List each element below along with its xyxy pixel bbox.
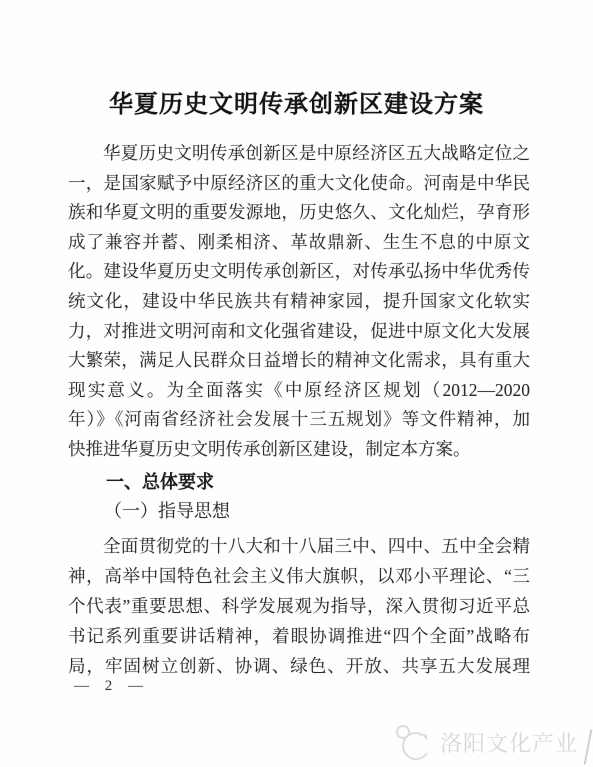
text-line: 统文化，建设中华民族共有精神家园，提升国家文化软实 xyxy=(68,287,530,317)
text-line: 快推进华夏历史文明传承创新区建设，制定本方案。 xyxy=(68,435,530,465)
text-line: 年）》《河南省经济社会发展十三五规划》等文件精神，加 xyxy=(68,405,530,435)
document-title: 华夏历史文明传承创新区建设方案 xyxy=(0,84,593,119)
section-heading: 一、总体要求 xyxy=(68,468,530,498)
text-line: 神，高举中国特色社会主义伟大旗帜，以邓小平理论、“三 xyxy=(68,561,530,591)
text-line: 全面贯彻党的十八大和十八届三中、四中、五中全会精 xyxy=(68,531,530,561)
text-line: 化。建设华夏历史文明传承创新区，对传承弘扬中华优秀传 xyxy=(68,257,530,287)
text-line: 成了兼容并蓄、刚柔相济、革故鼎新、生生不息的中原文 xyxy=(68,228,530,258)
text-line: 现实意义。为全面落实《中原经济区规划（2012—2020 xyxy=(68,376,530,406)
text-line: 力，对推进文明河南和文化强省建设，促进中原文化大发展 xyxy=(68,317,530,347)
paragraph-guiding-ideology: 全面贯彻党的十八大和十八届三中、四中、五中全会精 神，高举中国特色社会主义伟大旗… xyxy=(68,531,530,681)
document-page: 华夏历史文明传承创新区建设方案 华夏历史文明传承创新区是中原经济区五大战略定位之… xyxy=(0,0,593,767)
paragraph-intro: 华夏历史文明传承创新区是中原经济区五大战略定位之 一，是国家赋予中原经济区的重大… xyxy=(68,139,530,465)
luoyang-logo-icon xyxy=(389,722,435,762)
text-line: 族和华夏文明的重要发源地，历史悠久、文化灿烂，孕育形 xyxy=(68,198,530,228)
text-column: 华夏历史文明传承创新区是中原经济区五大战略定位之 一，是国家赋予中原经济区的重大… xyxy=(68,139,530,681)
text-line: 局，牢固树立创新、协调、绿色、开放、共享五大发展理 xyxy=(68,651,530,681)
watermark-text: 洛阳文化产业 xyxy=(440,727,578,758)
watermark: 洛阳文化产业 xyxy=(389,722,578,762)
subsection-heading: （一）指导思想 xyxy=(68,497,530,527)
text-line: 华夏历史文明传承创新区是中原经济区五大战略定位之 xyxy=(68,139,530,169)
text-line: 书记系列重要讲话精神，着眼协调推进“四个全面”战略布 xyxy=(68,621,530,651)
text-line: 一，是国家赋予中原经济区的重大文化使命。河南是中华民 xyxy=(68,169,530,199)
page-number: — 2 — xyxy=(74,678,149,695)
scan-artifact-line xyxy=(584,729,593,765)
text-line: 个代表”重要思想、科学发展观为指导，深入贯彻习近平总 xyxy=(68,591,530,621)
text-line: 大繁荣，满足人民群众日益增长的精神文化需求，具有重大 xyxy=(68,346,530,376)
